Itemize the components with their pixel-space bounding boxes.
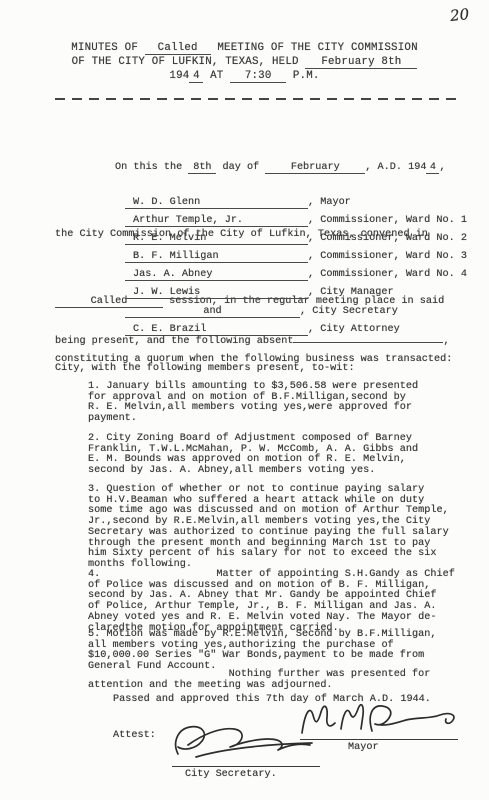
separator-dashed-line [55, 98, 460, 100]
roster-name: C. E. Brazil [125, 324, 308, 336]
roster-name: B. F. Milligan [125, 251, 308, 263]
roster-name: W. D. Glenn [125, 197, 308, 209]
title-line-3: 1944 AT 7:30 P.M. [0, 69, 489, 83]
roster-row-ward2: R. E. Melvin, Commissioner, Ward No. 2 [125, 230, 467, 248]
mayor-signature-label: Mayor [348, 742, 379, 753]
secretary-signature-label: City Secretary. [185, 769, 277, 780]
roster-name: and [125, 306, 300, 318]
blank-day: 8th [188, 162, 216, 174]
secretary-signature-line [172, 766, 320, 767]
title-line-1: MINUTES OF Called MEETING OF THE CITY CO… [0, 41, 489, 55]
roster-name: R. E. Melvin [125, 233, 308, 245]
quorum-line: constituting a quorum when the following… [55, 354, 452, 365]
roster-row-mayor: W. D. Glenn, Mayor [125, 194, 467, 212]
closing-paragraph: Nothing further was presented for attent… [88, 670, 473, 691]
attendance-roster: W. D. Glenn, Mayor Arthur Temple, Jr., C… [125, 194, 467, 339]
attest-label: Attest: [113, 730, 156, 741]
blank-month: February [265, 162, 365, 174]
blank-meeting-type: Called [145, 43, 211, 55]
minutes-item-3: 3. Question of whether or not to continu… [88, 485, 473, 571]
roster-name: Jas. A. Abney [125, 269, 308, 281]
roster-title: , Mayor [308, 197, 351, 208]
blank-meeting-date: February 8th [305, 57, 417, 69]
blank-absent [293, 342, 443, 343]
roster-name: J. W. Lewis [125, 287, 308, 299]
document-title: MINUTES OF Called MEETING OF THE CITY CO… [0, 41, 489, 83]
present-absent-line: being present, and the following absent, [55, 336, 450, 347]
roster-title: , Commissioner, Ward No. 3 [308, 251, 467, 262]
roster-name: Arthur Temple, Jr. [125, 215, 308, 227]
blank-year-digit-2: 4 [426, 162, 439, 174]
minutes-item-4: 4. Matter of appointing S.H.Gandy as Chi… [88, 570, 473, 634]
scanned-minutes-page: 20 MINUTES OF Called MEETING OF THE CITY… [0, 0, 489, 800]
roster-title: , City Manager [308, 287, 394, 298]
roster-row-ward3: B. F. Milligan, Commissioner, Ward No. 3 [125, 248, 467, 266]
opening-line-1: On this the 8th day of February, A.D. 19… [55, 157, 455, 179]
mayor-signature [296, 700, 464, 740]
blank-year-digit: 4 [189, 71, 203, 83]
blank-meeting-time: 7:30 [230, 71, 286, 83]
roster-row-ward4: Jas. A. Abney, Commissioner, Ward No. 4 [125, 266, 467, 284]
secretary-signature [168, 716, 320, 766]
handwritten-page-number: 20 [449, 5, 470, 25]
roster-title: , Commissioner, Ward No. 2 [308, 233, 467, 244]
title-line-2: OF THE CITY OF LUFKIN, TEXAS, HELD Febru… [0, 55, 489, 69]
roster-title: , City Secretary [300, 306, 398, 317]
minutes-item-2: 2. City Zoning Board of Adjustment compo… [88, 434, 473, 477]
roster-title: , City Attorney [308, 324, 400, 335]
minutes-item-1: 1. January bills amounting to $3,506.58 … [88, 382, 473, 425]
roster-title: , Commissioner, Ward No. 1 [308, 215, 467, 226]
roster-title: , Commissioner, Ward No. 4 [308, 269, 467, 280]
minutes-item-5: 5. Motion was made by R.E.Melvin, Second… [88, 630, 473, 673]
roster-row-city-secretary: and, City Secretary [125, 303, 467, 321]
roster-row-ward1: Arthur Temple, Jr., Commissioner, Ward N… [125, 212, 467, 230]
roster-row-city-manager: J. W. Lewis, City Manager [125, 284, 467, 302]
mayor-signature-line [300, 739, 458, 740]
